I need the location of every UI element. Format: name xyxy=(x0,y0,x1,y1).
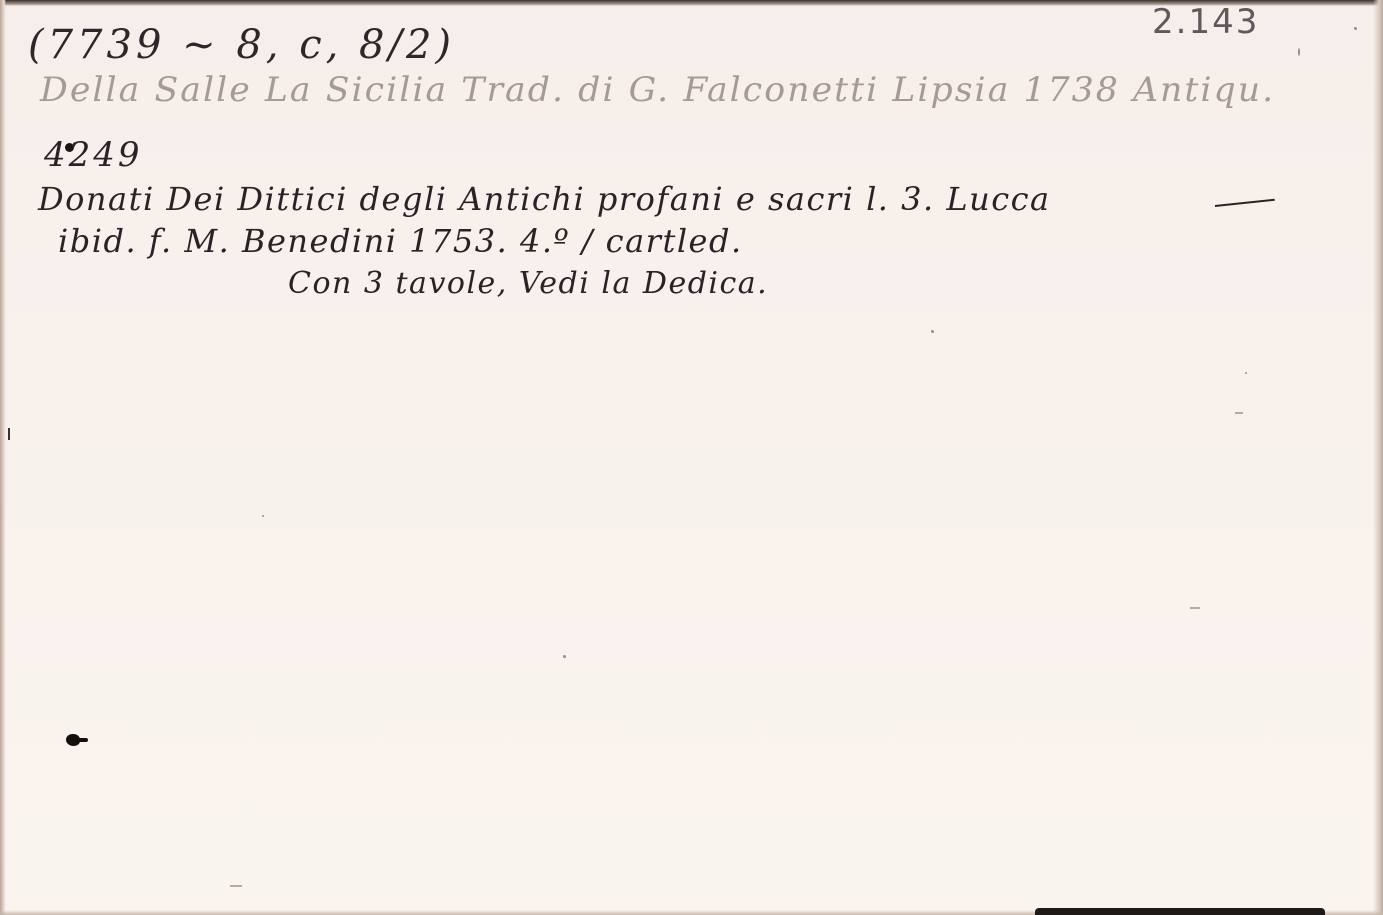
entry-1-line: Della Salle La Sicilia Trad. di G. Falco… xyxy=(40,70,1275,110)
speck xyxy=(1354,27,1357,30)
shelf-mark: 2.143 xyxy=(1152,2,1259,42)
entry-2-line-1: Donati Dei Dittici degli Antichi profani… xyxy=(38,180,1051,218)
margin-mark xyxy=(8,428,10,440)
ink-blot xyxy=(66,734,80,746)
entry-1-reference: (7739 ~ 8, c, 8/2) xyxy=(28,22,455,68)
card-left-edge xyxy=(0,0,6,915)
speck xyxy=(563,655,566,658)
mark xyxy=(1190,607,1200,609)
speck xyxy=(1298,48,1300,56)
speck xyxy=(1245,372,1247,374)
flourish xyxy=(1215,199,1275,207)
card-holder-tab xyxy=(1035,908,1325,915)
entry-2-line-3: Con 3 tavole, Vedi la Dedica. xyxy=(288,266,768,301)
mark xyxy=(230,885,242,887)
entry-2-line-2: ibid. f. M. Benedini 1753. 4.º / cartled… xyxy=(58,222,743,260)
entry-2-reference: 4249 xyxy=(44,135,143,175)
speck xyxy=(262,515,264,517)
speck xyxy=(931,330,934,333)
card-right-edge xyxy=(1373,0,1383,915)
mark xyxy=(1235,412,1243,414)
catalog-card: 2.143 (7739 ~ 8, c, 8/2) Della Salle La … xyxy=(0,0,1383,915)
